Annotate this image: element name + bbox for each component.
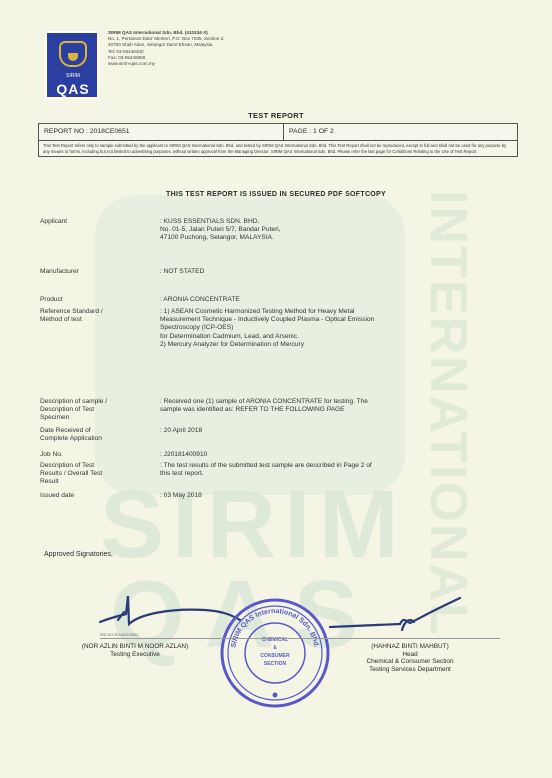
right-signatory-name: (HAHNAZ BINTI MAHBUT)	[320, 643, 500, 651]
right-signature	[330, 598, 460, 630]
right-signatory: (HAHNAZ BINTI MAHBUT) Head Chemical & Co…	[320, 643, 500, 673]
left-signature	[100, 596, 240, 624]
test-report-page: SIRIM QAS INTERNATIONAL SIRIM QAS SIRIM …	[0, 0, 552, 778]
right-signatory-section: Chemical & Consumer Section	[320, 658, 500, 666]
signature-divider	[100, 638, 500, 639]
stamp-center-4: SECTION	[264, 661, 287, 667]
left-signatory: (NOR AZLIN BINTI M NOOR AZLAN) Testing E…	[40, 643, 230, 658]
right-signatory-department: Testing Services Department	[320, 666, 500, 674]
right-signatory-title: Head	[320, 651, 500, 659]
stamp-center-3: CONSUMER	[260, 653, 290, 659]
stamp-center-2: &	[273, 645, 277, 651]
signature-reference-note: IRS NO 2018/CE/0651	[100, 633, 138, 637]
official-stamp: SIRIM QAS International Sdn. Bhd. CHEMIC…	[222, 600, 328, 706]
left-signatory-name: (NOR AZLIN BINTI M NOOR AZLAN)	[40, 643, 230, 651]
left-signatory-title: Testing Executive	[40, 651, 230, 659]
